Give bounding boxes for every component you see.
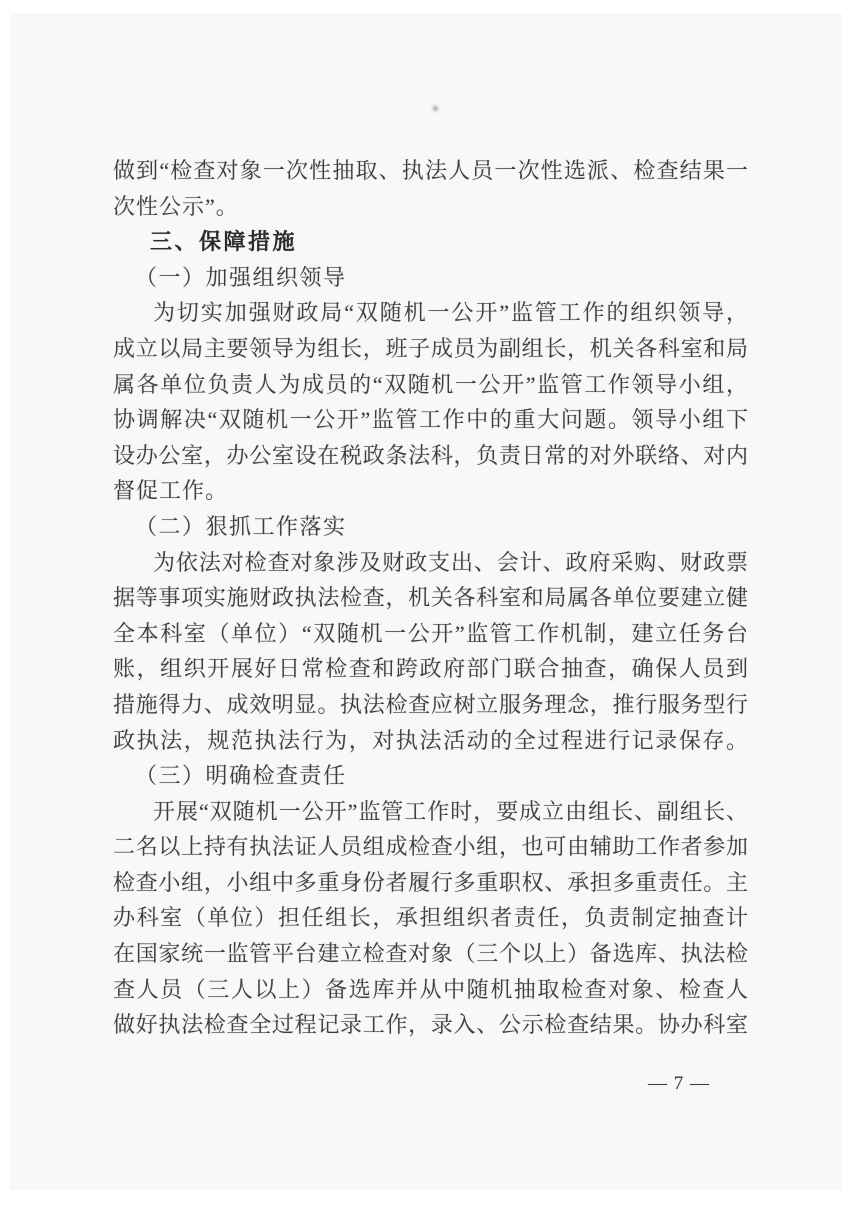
text-line: 措施得力、成效明显。执法检查应树立服务理念，推行服务型行 (113, 687, 748, 723)
text-line: 属各单位负责人为成员的“双随机一公开”监管工作领导小组， (113, 367, 748, 403)
text-line: 督促工作。 (113, 473, 748, 509)
document-body: 做到“检查对象一次性抽取、执法人员一次性选派、检查结果一次性公示”。三、保障措施… (113, 153, 748, 1043)
subsection-heading: （三）明确检查责任 (113, 758, 748, 794)
text-line: 账，组织开展好日常检查和跨政府部门联合抽查，确保人员到位、 (113, 651, 748, 687)
text-line: 二名以上持有执法证人员组成检查小组，也可由辅助工作者参加 (113, 829, 748, 865)
text-line: 做好执法检查全过程记录工作，录入、公示检查结果。协办科室 (113, 1007, 748, 1043)
text-line: 做到“检查对象一次性抽取、执法人员一次性选派、检查结果一 (113, 153, 748, 189)
text-line: 全本科室（单位）“双随机一公开”监管工作机制，建立任务台 (113, 616, 748, 652)
text-line: 成立以局主要领导为组长，班子成员为副组长，机关各科室和局 (113, 331, 748, 367)
text-line: 为依法对检查对象涉及财政支出、会计、政府采购、财政票 (113, 545, 748, 581)
text-line: 设办公室，办公室设在税政条法科，负责日常的对外联络、对内 (113, 438, 748, 474)
text-line: 协调解决“双随机一公开”监管工作中的重大问题。领导小组下 (113, 402, 748, 438)
scan-speck-artifact (433, 106, 438, 111)
text-line: 在国家统一监管平台建立检查对象（三个以上）备选库、执法检 (113, 936, 748, 972)
text-line: 办科室（单位）担任组长，承担组织者责任，负责制定抽查计划， (113, 900, 748, 936)
document-page: 做到“检查对象一次性抽取、执法人员一次性选派、检查结果一次性公示”。三、保障措施… (10, 13, 842, 1190)
page-number: — 7 — (648, 1073, 758, 1095)
text-line: 检查小组，小组中多重身份者履行多重职权、承担多重责任。主 (113, 865, 748, 901)
text-line: 为切实加强财政局“双随机一公开”监管工作的组织领导， (113, 295, 748, 331)
text-line: 据等事项实施财政执法检查，机关各科室和局属各单位要建立健 (113, 580, 748, 616)
subsection-heading: （一）加强组织领导 (113, 260, 748, 296)
text-line: 开展“双随机一公开”监管工作时，要成立由组长、副组长、 (113, 794, 748, 830)
section-heading: 三、保障措施 (113, 224, 748, 260)
text-line: 查人员（三人以上）备选库并从中随机抽取检查对象、检查人员， (113, 972, 748, 1008)
subsection-heading: （二）狠抓工作落实 (113, 509, 748, 545)
text-line: 政执法，规范执法行为，对执法活动的全过程进行记录保存。 (113, 723, 748, 759)
scanned-page-background: 做到“检查对象一次性抽取、执法人员一次性选派、检查结果一次性公示”。三、保障措施… (0, 0, 850, 1206)
text-line: 次性公示”。 (113, 189, 748, 225)
